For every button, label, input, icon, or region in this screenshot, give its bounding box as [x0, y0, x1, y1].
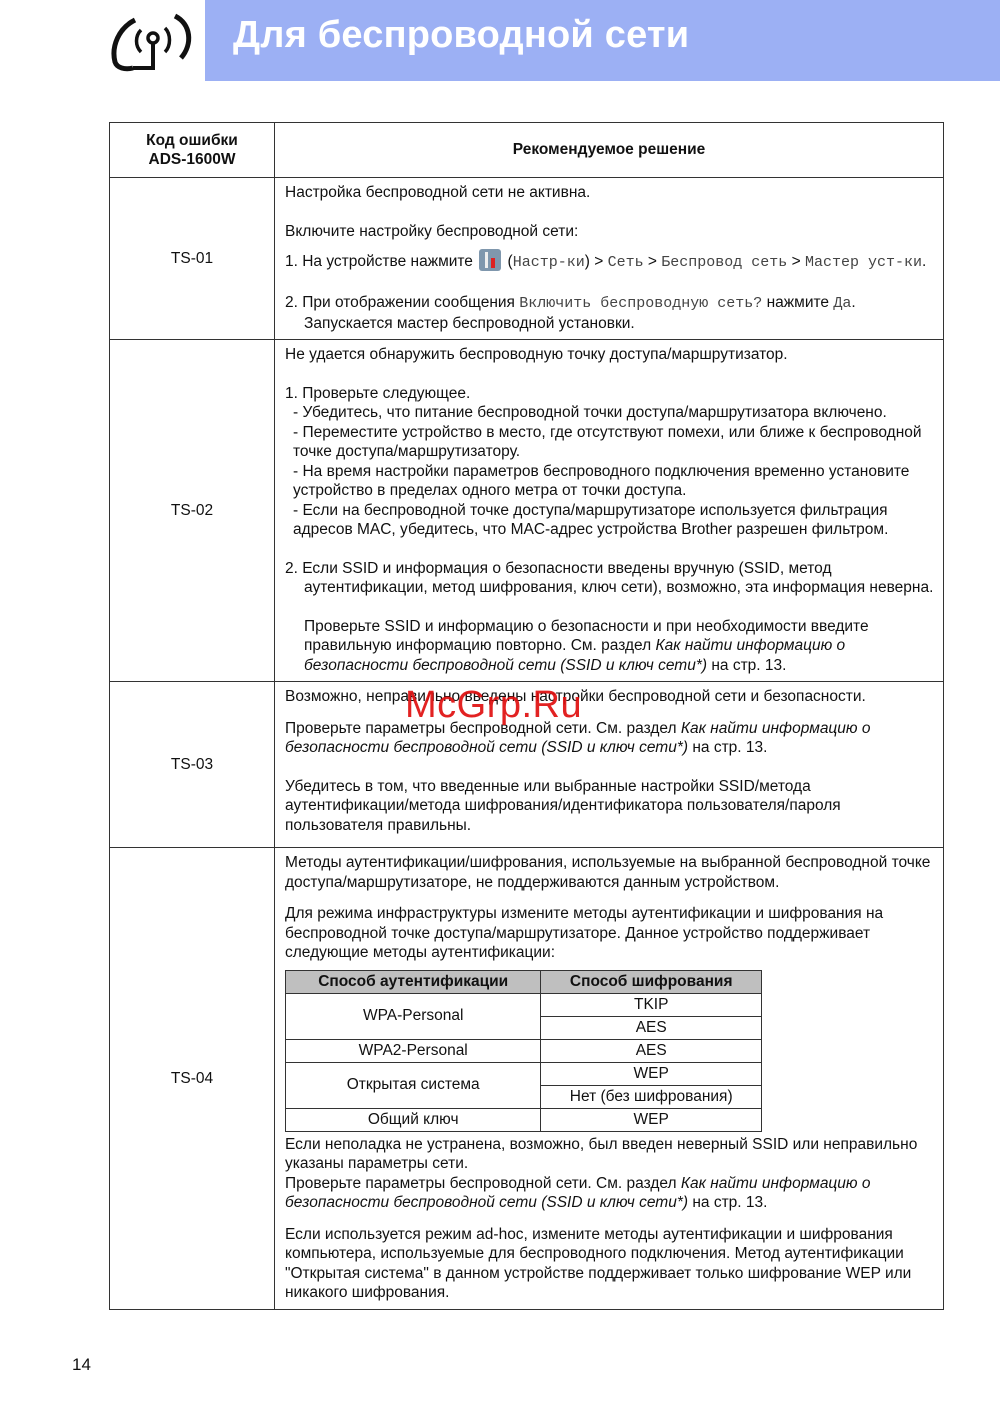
- step-1: 1. На устройстве нажмите (Настр-ки) > Се…: [285, 249, 937, 274]
- error-code: TS-02: [110, 340, 275, 682]
- header-encryption-method: Способ шифрования: [541, 970, 762, 993]
- auth-methods-table: Способ аутентификации Способ шифрования …: [285, 970, 762, 1132]
- check-item: - Если на беспроводной точке доступа/мар…: [285, 501, 937, 540]
- check-item: - Убедитесь, что питание беспроводной то…: [285, 403, 937, 423]
- solution-cell: Возможно, неправильно введены настройки …: [275, 682, 944, 848]
- encryption-method: AES: [541, 1039, 762, 1062]
- settings-tools-icon: [479, 249, 501, 271]
- watermark: McGrp.Ru: [405, 684, 582, 727]
- header-banner: Для беспроводной сети: [205, 0, 1000, 81]
- header-recommended-solution: Рекомендуемое решение: [275, 123, 944, 178]
- encryption-method: TKIP: [541, 993, 762, 1016]
- error-code: TS-04: [110, 848, 275, 1310]
- auth-method: Открытая система: [286, 1062, 541, 1108]
- auth-method: WPA2-Personal: [286, 1039, 541, 1062]
- error-code: TS-01: [110, 178, 275, 340]
- solution-cell: Методы аутентификации/шифрования, исполь…: [275, 848, 944, 1310]
- encryption-method: Нет (без шифрования): [541, 1085, 762, 1108]
- auth-method: Общий ключ: [286, 1108, 541, 1131]
- page-title: Для беспроводной сети: [233, 14, 689, 57]
- auth-method: WPA-Personal: [286, 993, 541, 1039]
- encryption-method: AES: [541, 1016, 762, 1039]
- header-auth-method: Способ аутентификации: [286, 970, 541, 993]
- wireless-antenna-icon: [105, 10, 200, 72]
- table-row: TS-02 Не удается обнаружить беспроводную…: [110, 340, 944, 682]
- check-item: - Переместите устройство в место, где от…: [285, 423, 937, 462]
- encryption-method: WEP: [541, 1062, 762, 1085]
- solution-cell: Настройка беспроводной сети не активна. …: [275, 178, 944, 340]
- check-item: - На время настройки параметров беспрово…: [285, 462, 937, 501]
- encryption-method: WEP: [541, 1108, 762, 1131]
- solution-cell: Не удается обнаружить беспроводную точку…: [275, 340, 944, 682]
- page-number: 14: [72, 1355, 91, 1375]
- step-2: 2. При отображении сообщения Включить бе…: [285, 293, 937, 314]
- header-error-code: Код ошибки ADS-1600W: [110, 123, 275, 178]
- error-code: TS-03: [110, 682, 275, 848]
- table-row: TS-04 Методы аутентификации/шифрования, …: [110, 848, 944, 1310]
- table-header-row: Код ошибки ADS-1600W Рекомендуемое решен…: [110, 123, 944, 178]
- table-row: TS-01 Настройка беспроводной сети не акт…: [110, 178, 944, 340]
